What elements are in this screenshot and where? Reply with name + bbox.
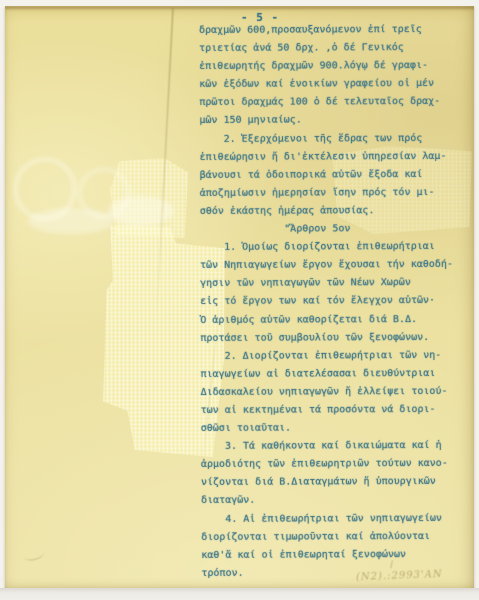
scanned-document-page: { "colors": { "paper": "#ece1a1", "ink_t… <box>0 0 479 600</box>
typewritten-text: δραχμῶν 600,προσαυξανόμενον ἐπί τρεῖς τρ… <box>199 21 454 583</box>
paper-top-edge <box>5 7 474 10</box>
embossed-stamp-ghost <box>108 196 174 226</box>
scan-background-bottom <box>0 588 479 600</box>
embossed-stamp-ghost <box>28 208 114 234</box>
